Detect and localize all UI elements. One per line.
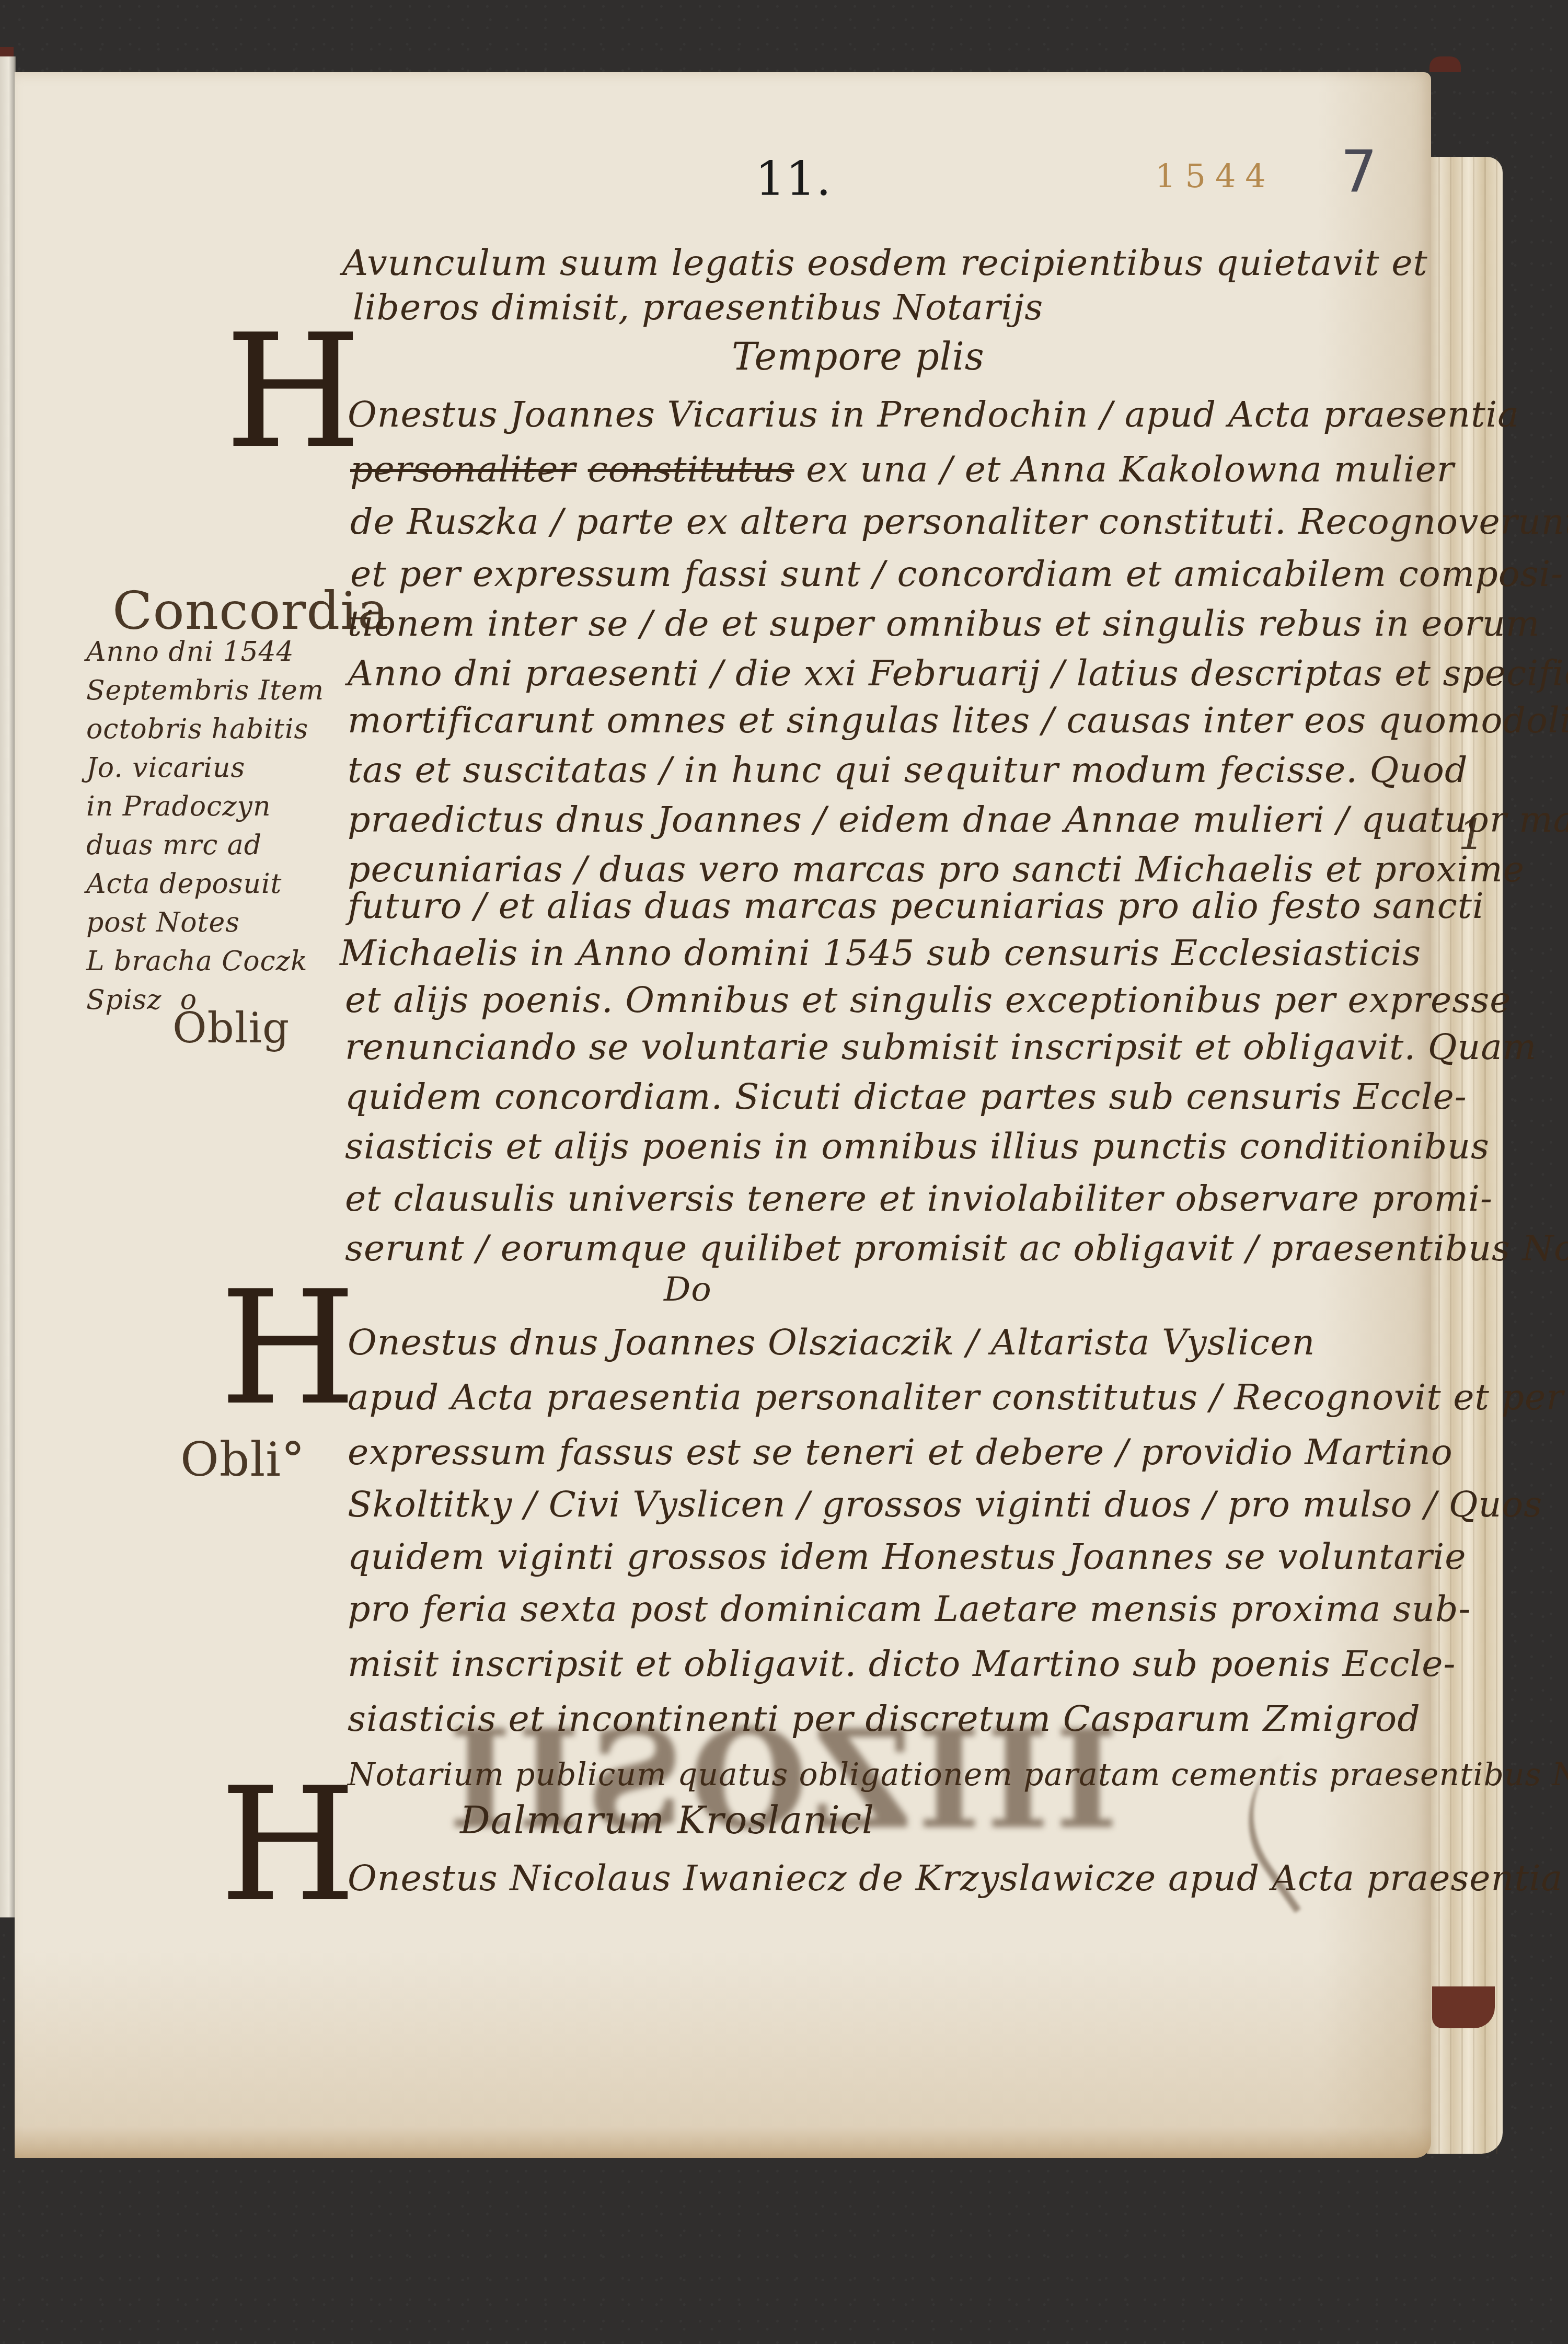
text-line: Onestus Nicolaus Iwaniecz de Krzyslawicz…: [348, 1861, 1563, 1897]
text-line: mortificarunt omnes et singulas lites / …: [348, 703, 1568, 739]
text-line: serunt / eorumque quilibet promisit ac o…: [345, 1231, 1568, 1267]
text-line: de Ruszka / parte ex altera personaliter…: [350, 504, 1568, 540]
text-line: expressum fassus est se teneri et debere…: [348, 1435, 1453, 1470]
text-line: et per expressum fassi sunt / concordiam…: [350, 557, 1563, 592]
text-line: Avunculum suum legatis eosdem recipienti…: [342, 246, 1428, 281]
text-line: et alijs poenis. Omnibus et singulis exc…: [345, 983, 1511, 1018]
text-line: Skoltitky / Civi Vyslicen / grossos vigi…: [348, 1487, 1542, 1523]
text-line: Onestus dnus Joannes Olsziaczik / Altari…: [348, 1325, 1315, 1361]
text-line: et clausulis universis tenere et inviola…: [345, 1181, 1493, 1217]
facing-page-edge: [0, 56, 16, 1917]
text-line: pro feria sexta post dominicam Laetare m…: [348, 1592, 1471, 1627]
margin-note: Anno dni 1544 Septembris Item octobris h…: [86, 633, 324, 1019]
text-line: liberos dimisit, praesentibus Notarijs: [353, 290, 1043, 326]
text-line: misit inscripsit et obligavit. dicto Mar…: [348, 1647, 1456, 1682]
struck-word: personaliter: [350, 449, 576, 490]
text-line: personaliter constitutus ex una / et Ann…: [350, 452, 1455, 488]
pencil-foliation: 7: [1341, 139, 1377, 205]
text-line: Anno dni praesenti / die xxi Februarij /…: [348, 656, 1568, 692]
text-line: renunciando se voluntarie submisit inscr…: [345, 1030, 1537, 1065]
struck-word: constitutus: [588, 449, 794, 490]
cover-bottom-edge: [1432, 1986, 1495, 2028]
margin-label-oblig: Oblig: [172, 1004, 290, 1052]
text-line: Michaelis in Anno domini 1545 sub censur…: [340, 936, 1421, 971]
entry-heading: Dalmarum Kroslanicl: [460, 1798, 874, 1842]
text-line: quidem concordiam. Sicuti dictae partes …: [345, 1079, 1467, 1115]
text-line: pecuniarias / duas vero marcas pro sanct…: [348, 852, 1525, 888]
text-line: siasticis et alijs poenis in omnibus ill…: [345, 1129, 1490, 1165]
water-stain: [15, 2127, 1431, 2158]
text-line: praedictus dnus Joannes / eidem dnae Ann…: [348, 802, 1568, 838]
initial-letter: H: [220, 1767, 356, 1924]
margin-title-obligatio: Obli°: [180, 1432, 305, 1487]
entry-heading: Tempore plis: [732, 335, 985, 378]
text-line: quidem viginti grossos idem Honestus Joa…: [348, 1539, 1466, 1575]
text-line: futuro / et alias duas marcas pecuniaria…: [348, 889, 1484, 924]
above-mark: Do: [664, 1270, 712, 1309]
initial-letter: H: [220, 1270, 356, 1427]
text-line: tionem inter se / de et super omnibus et…: [348, 606, 1540, 642]
cover-top-edge: [1429, 56, 1461, 72]
text-line: Onestus Joannes Vicarius in Prendochin /…: [348, 397, 1519, 433]
year-mark: 1544: [1155, 157, 1275, 195]
initial-letter: H: [225, 314, 362, 470]
text-fragment: ex una / et Anna Kakolowna mulier: [806, 449, 1454, 490]
text-line: apud Acta praesentia personaliter consti…: [348, 1380, 1564, 1416]
folio-number: 11.: [755, 152, 832, 206]
text-line: tas et suscitatas / in hunc qui sequitur…: [348, 753, 1468, 788]
